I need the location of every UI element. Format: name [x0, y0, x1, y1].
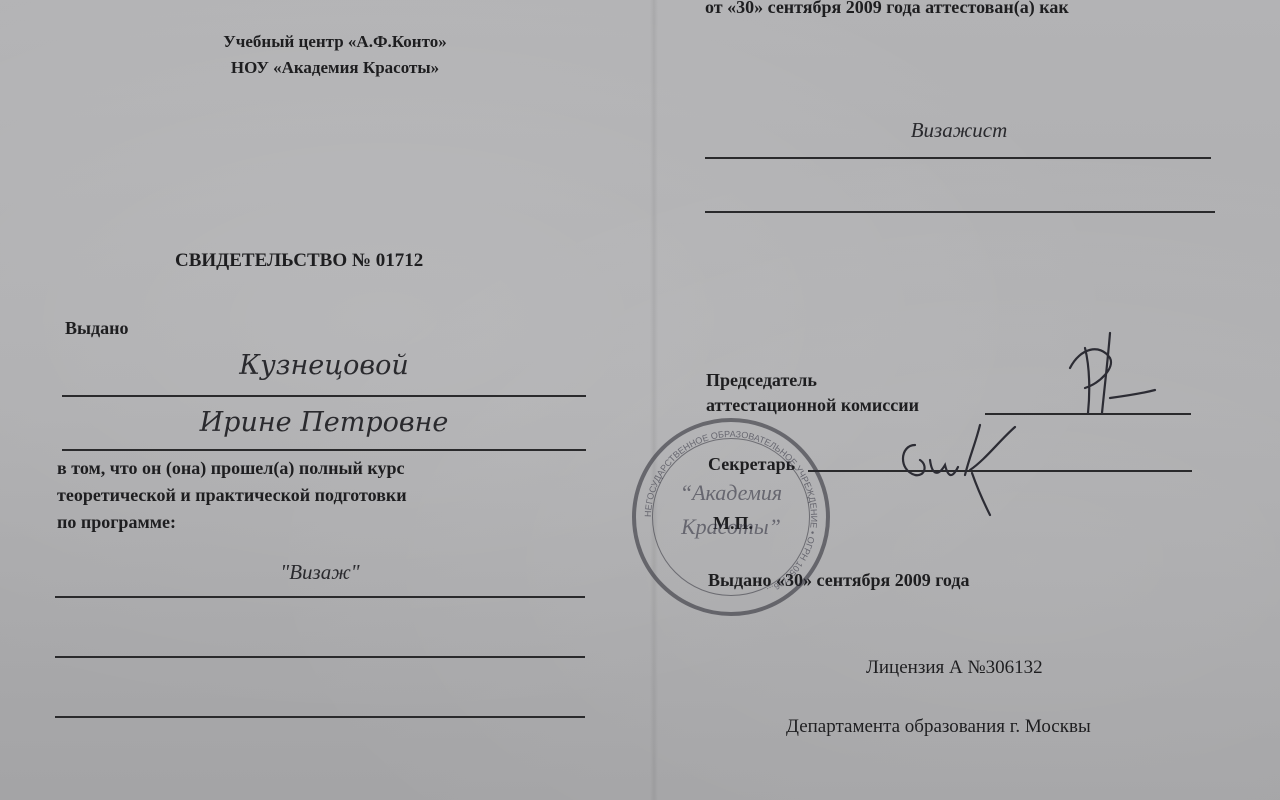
statement-line-2: теоретической и практической подготовки — [57, 482, 407, 509]
svg-text:НЕГОСУДАРСТВЕННОЕ ОБРАЗОВАТЕЛЬ: НЕГОСУДАРСТВЕННОЕ ОБРАЗОВАТЕЛЬНОЕ УЧРЕЖД… — [643, 429, 819, 596]
underline — [62, 449, 586, 451]
department: Департамента образования г. Москвы — [786, 716, 1091, 738]
chairman-label-2: аттестационной комиссии — [706, 395, 919, 416]
underline — [55, 656, 585, 658]
statement-line-1: в том, что он (она) прошел(а) полный кур… — [57, 455, 405, 482]
stamp-text-line-1: “Академия — [636, 480, 826, 506]
chairman-signature-icon — [1050, 328, 1160, 423]
program-name: "Визаж" — [55, 560, 585, 585]
page-fold — [650, 0, 658, 800]
license-number: Лицензия А №306132 — [866, 657, 1043, 679]
issuer-line-1: Учебный центр «А.Ф.Конто» — [200, 32, 470, 52]
recipient-name: Ирине Петровне — [62, 407, 586, 438]
issuer-line-2: НОУ «Академия Красоты» — [200, 58, 470, 78]
stamp-text-line-2: Красоты” — [636, 514, 826, 540]
issued-label: Выдано — [65, 318, 129, 339]
qualification: Визажист — [705, 118, 1213, 143]
secretary-signature-icon — [890, 415, 1030, 525]
underline — [62, 395, 586, 397]
chairman-label-1: Председатель — [706, 370, 817, 391]
official-stamp: НЕГОСУДАРСТВЕННОЕ ОБРАЗОВАТЕЛЬНОЕ УЧРЕЖД… — [632, 418, 830, 616]
attestation-line: от «30» сентября 2009 года аттестован(а)… — [705, 0, 1069, 18]
underline — [705, 211, 1215, 213]
statement-line-3: по программе: — [57, 509, 176, 536]
underline — [55, 596, 585, 598]
certificate-title: СВИДЕТЕЛЬСТВО № 01712 — [175, 250, 423, 272]
recipient-surname: Кузнецовой — [62, 350, 586, 381]
underline — [55, 716, 585, 718]
underline — [705, 157, 1211, 159]
